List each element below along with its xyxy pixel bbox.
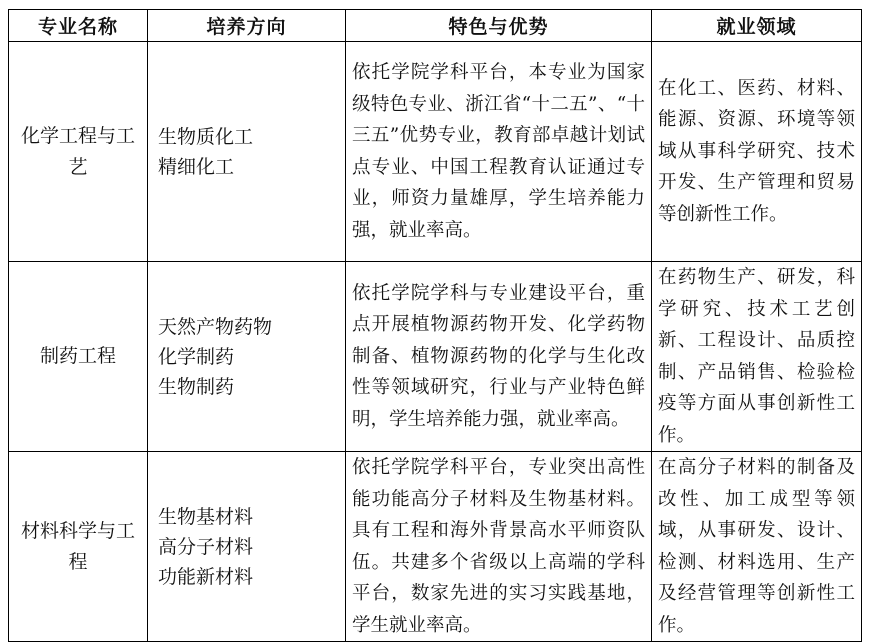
training-directions: 天然产物药物 化学制药 生物制药 [148, 262, 346, 452]
training-directions: 生物基材料 高分子材料 功能新材料 [148, 452, 346, 642]
direction-item: 生物制药 [158, 372, 345, 402]
employment-text: 在化工、医药、材料、能源、资源、环境等领域从事科学研究、技术开发、生产管理和贸易… [652, 42, 862, 262]
header-major: 专业名称 [9, 10, 148, 42]
table-row: 材料科学与工程 生物基材料 高分子材料 功能新材料 依托学院学科平台，专业突出高… [9, 452, 862, 642]
majors-table: 专业名称 培养方向 特色与优势 就业领域 化学工程与工艺 生物质化工 精细化工 … [8, 9, 862, 642]
header-direction: 培养方向 [148, 10, 346, 42]
training-directions: 生物质化工 精细化工 [148, 42, 346, 262]
employment-text: 在高分子材料的制备及改性、加工成型等领域，从事研发、设计、检测、材料选用、生产及… [652, 452, 862, 642]
direction-item: 化学制药 [158, 342, 345, 372]
direction-item: 高分子材料 [158, 532, 345, 562]
table-header-row: 专业名称 培养方向 特色与优势 就业领域 [9, 10, 862, 42]
major-name: 化学工程与工艺 [9, 42, 148, 262]
direction-item: 天然产物药物 [158, 312, 345, 342]
direction-item: 功能新材料 [158, 562, 345, 592]
direction-item: 精细化工 [158, 152, 345, 182]
direction-item: 生物基材料 [158, 502, 345, 532]
major-name: 材料科学与工程 [9, 452, 148, 642]
features-text: 依托学院学科与专业建设平台，重点开展植物源药物开发、化学药物制备、植物源药物的化… [346, 262, 652, 452]
header-employment: 就业领域 [652, 10, 862, 42]
major-name: 制药工程 [9, 262, 148, 452]
features-text: 依托学院学科平台，专业突出高性能功能高分子材料及生物基材料。具有工程和海外背景高… [346, 452, 652, 642]
table-row: 化学工程与工艺 生物质化工 精细化工 依托学院学科平台，本专业为国家级特色专业、… [9, 42, 862, 262]
table-row: 制药工程 天然产物药物 化学制药 生物制药 依托学院学科与专业建设平台，重点开展… [9, 262, 862, 452]
employment-text: 在药物生产、研发，科学研究、技术工艺创新、工程设计、品质控制、产品销售、检验检疫… [652, 262, 862, 452]
features-text: 依托学院学科平台，本专业为国家级特色专业、浙江省“十二五”、“十三五”优势专业，… [346, 42, 652, 262]
header-features: 特色与优势 [346, 10, 652, 42]
direction-item: 生物质化工 [158, 122, 345, 152]
